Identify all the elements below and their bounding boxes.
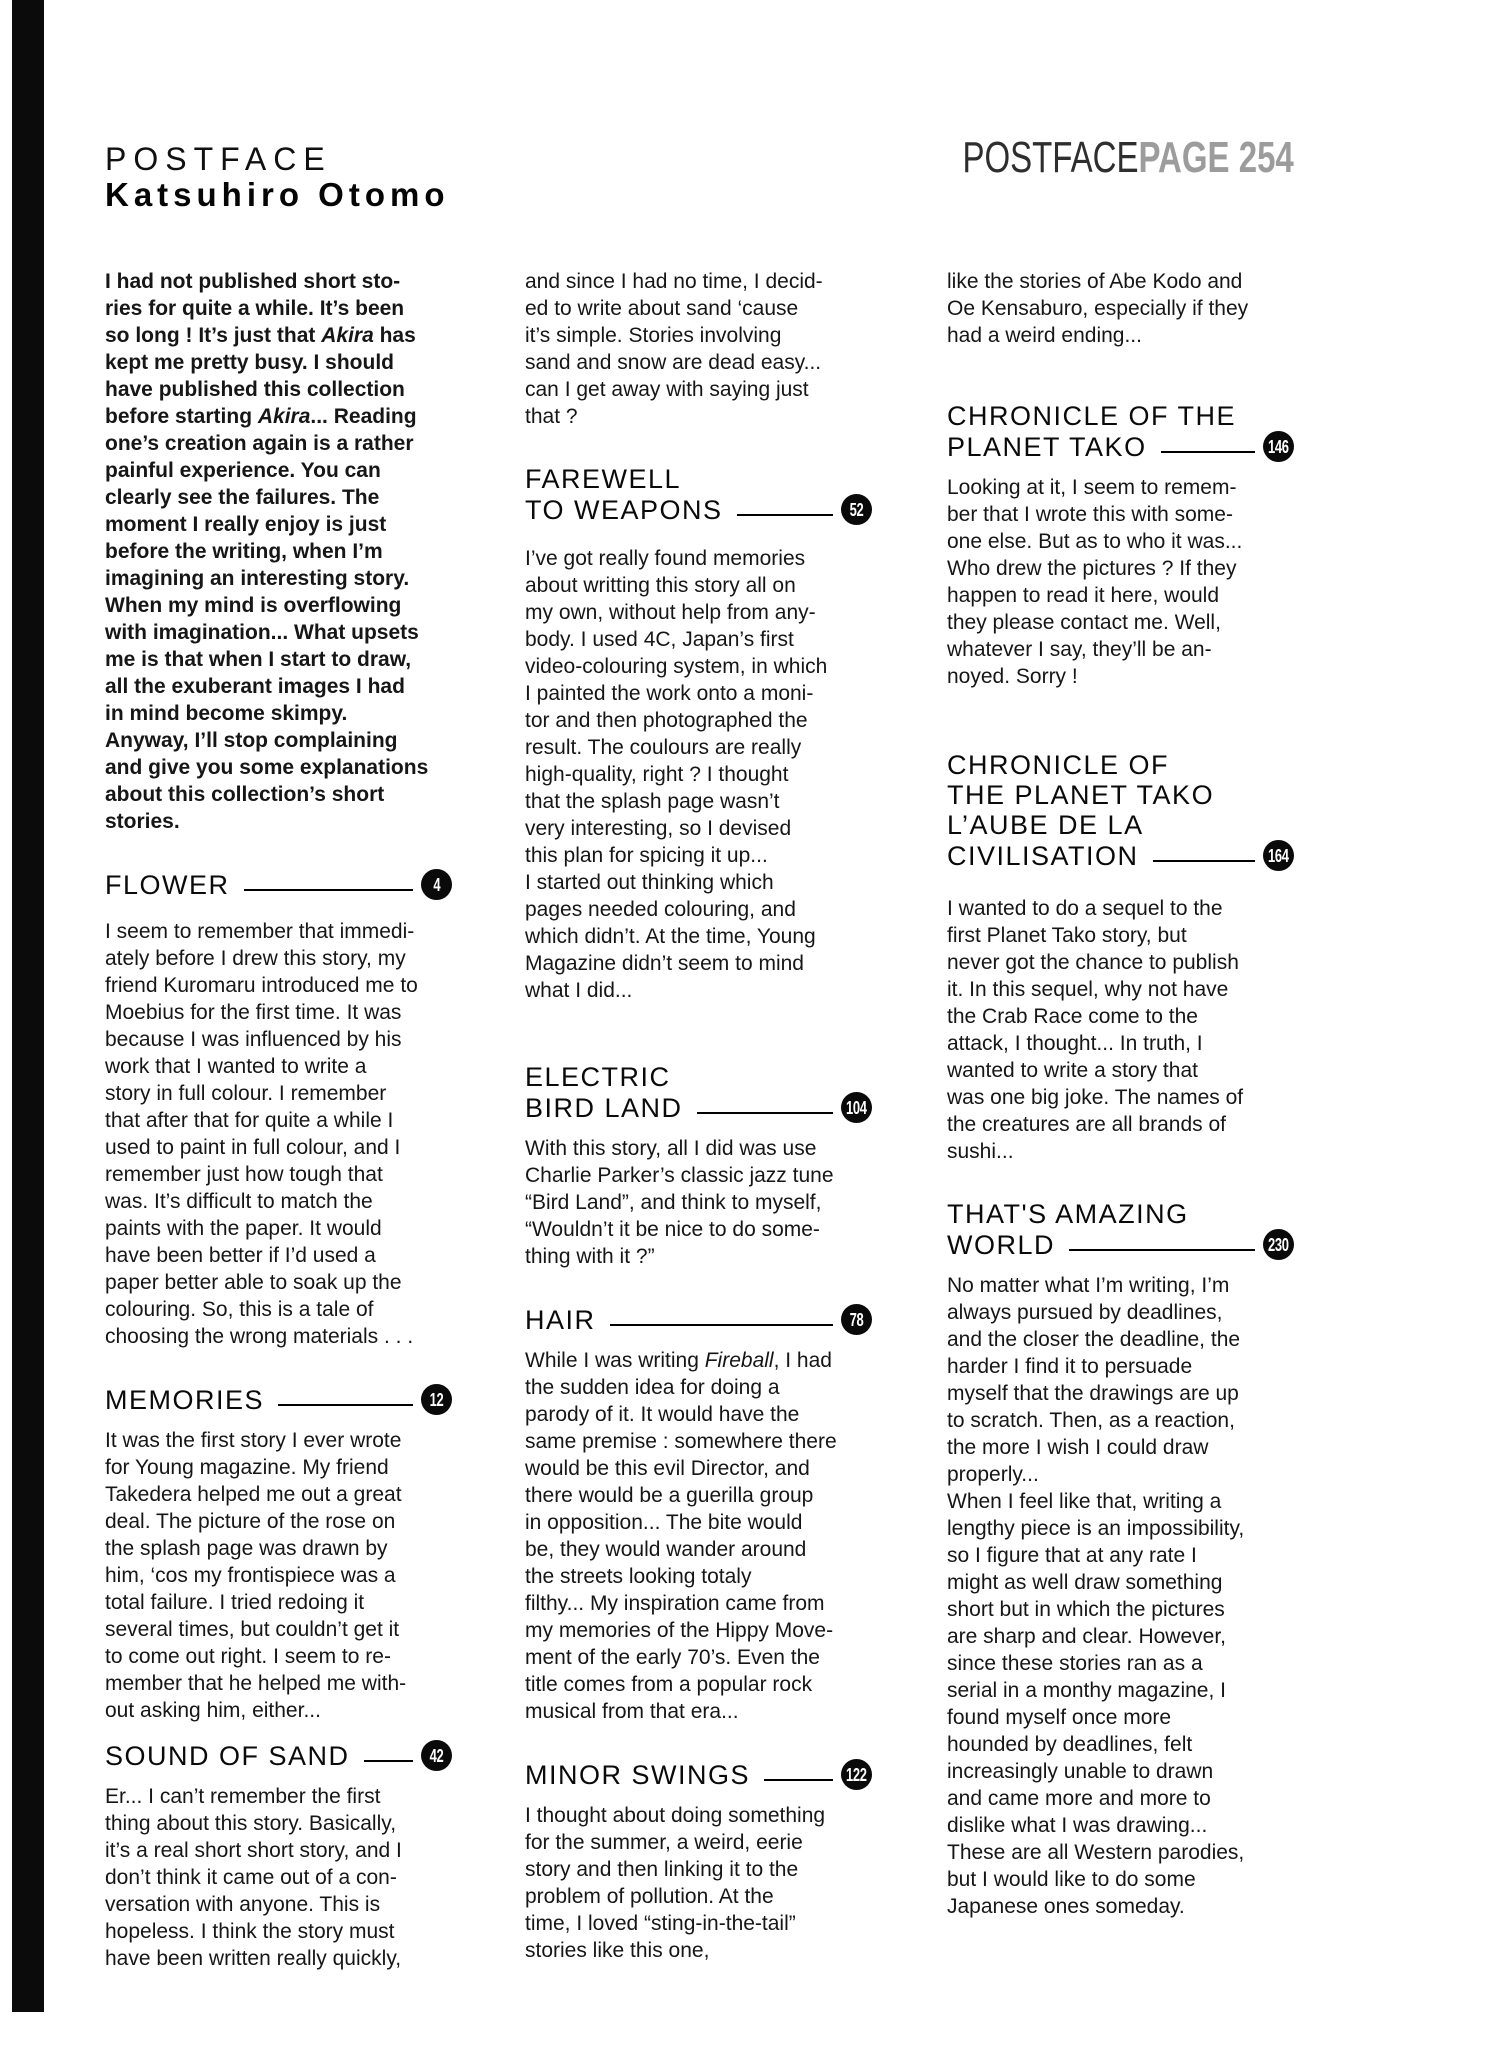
text-line: have published this collection <box>105 376 452 403</box>
text-segment: musical from that era... <box>525 1700 739 1723</box>
text-segment: moment I really enjoy is just <box>105 513 386 536</box>
text-segment: properly... <box>947 1463 1039 1486</box>
text-line: my own, without help from any- <box>525 599 872 626</box>
heading-text: MEMORIES <box>105 1385 264 1415</box>
leader-line <box>610 1324 833 1326</box>
italic-text: Fireball <box>705 1349 774 1372</box>
text-line: thing with it ?” <box>525 1243 872 1270</box>
text-segment: I thought about doing something <box>525 1804 825 1827</box>
italic-text: Akira <box>321 324 374 347</box>
text-line: one’s creation again is a rather <box>105 430 452 457</box>
text-segment: very interesting, so I devised <box>525 817 791 840</box>
text-line: ately before I drew this story, my <box>105 945 452 972</box>
text-line: in mind become skimpy. <box>105 700 452 727</box>
text-segment: has <box>374 324 416 347</box>
text-line: “Wouldn’t it be nice to do some- <box>525 1216 872 1243</box>
text-line: properly... <box>947 1461 1294 1488</box>
text-line: before starting Akira... Reading <box>105 403 452 430</box>
text-line: dislike what I was drawing... <box>947 1812 1294 1839</box>
text-line: to scratch. Then, as a reaction, <box>947 1407 1294 1434</box>
text-segment: While I was writing <box>525 1349 705 1372</box>
text-line: which didn’t. At the time, Young <box>525 923 872 950</box>
heading-text: SOUND OF SAND <box>105 1741 350 1771</box>
text-segment: the sudden idea for doing a <box>525 1376 780 1399</box>
text-segment: have published this collection <box>105 378 405 401</box>
text-line: in opposition... The bite would <box>525 1509 872 1536</box>
page-number-badge: 4 <box>421 869 452 900</box>
heading-line: FLOWER4 <box>105 869 452 900</box>
text-line: me is that when I start to draw, <box>105 646 452 673</box>
text-segment: With this story, all I did was use <box>525 1137 816 1160</box>
page-number-badge: 78 <box>841 1304 872 1335</box>
text-line: what I did... <box>525 977 872 1004</box>
text-line: title comes from a popular rock <box>525 1671 872 1698</box>
text-segment: video-colouring system, in which <box>525 655 827 678</box>
text-segment: short but in which the pictures <box>947 1598 1225 1621</box>
heading-text: MINOR SWINGS <box>525 1760 750 1790</box>
leader-line <box>278 1404 413 1406</box>
heading-line: TO WEAPONS52 <box>525 494 872 525</box>
text-line: so long ! It’s just that Akira has <box>105 322 452 349</box>
paragraph: I seem to remember that immedi-ately bef… <box>105 918 452 1350</box>
text-segment: might as well draw something <box>947 1571 1222 1594</box>
text-segment: that the splash page wasn’t <box>525 790 780 813</box>
heading-line: CHRONICLE OF THE <box>947 401 1294 431</box>
text-segment: Oe Kensaburo, especially if they <box>947 297 1248 320</box>
text-line: the sudden idea for doing a <box>525 1374 872 1401</box>
text-segment: him, ‘cos my frontispiece was a <box>105 1564 396 1587</box>
text-line: body. I used 4C, Japan’s first <box>525 626 872 653</box>
text-line: Magazine didn’t seem to mind <box>525 950 872 977</box>
text-line: there would be a guerilla group <box>525 1482 872 1509</box>
text-line: my memories of the Hippy Move- <box>525 1617 872 1644</box>
text-segment: body. I used 4C, Japan’s first <box>525 628 794 651</box>
text-segment: increasingly unable to drawn <box>947 1760 1213 1783</box>
page-number: 164 <box>1268 841 1289 871</box>
text-segment: always pursued by deadlines, <box>947 1301 1223 1324</box>
page-number: 230 <box>1268 1230 1289 1260</box>
text-line: are sharp and clear. However, <box>947 1623 1294 1650</box>
text-line: found myself once more <box>947 1704 1294 1731</box>
text-segment: deal. The picture of the rose on <box>105 1510 395 1533</box>
running-header-page-number: PAGE 254 <box>1139 133 1294 182</box>
running-header-section: POSTFACE <box>963 133 1139 182</box>
text-line: remember just how tough that <box>105 1161 452 1188</box>
heading-text: FLOWER <box>105 870 230 900</box>
text-segment: there would be a guerilla group <box>525 1484 813 1507</box>
page-number-badge: 122 <box>841 1759 872 1790</box>
text-line: be, they would wander around <box>525 1536 872 1563</box>
text-segment: have been better if I’d used a <box>105 1244 376 1267</box>
paragraph: No matter what I’m writing, I’malways pu… <box>947 1272 1294 1920</box>
author-name: Katsuhiro Otomo <box>105 176 450 214</box>
text-line: sushi... <box>947 1138 1294 1165</box>
text-segment: for the summer, a weird, eerie <box>525 1831 803 1854</box>
left-edge-bar <box>12 0 44 2012</box>
text-line: member that he helped me with- <box>105 1670 452 1697</box>
text-line: it’s a real short short story, and I <box>105 1837 452 1864</box>
text-line: had a weird ending... <box>947 322 1294 349</box>
text-line: Anyway, I’ll stop complaining <box>105 727 452 754</box>
text-segment: Moebius for the first time. It was <box>105 1001 401 1024</box>
heading-line: FAREWELL <box>525 464 872 494</box>
text-line: When I feel like that, writing a <box>947 1488 1294 1515</box>
heading-line: CIVILISATION164 <box>947 840 1294 871</box>
text-segment: that ? <box>525 405 578 428</box>
masthead: POSTFACE Katsuhiro Otomo <box>105 142 450 214</box>
heading-text: WORLD <box>947 1230 1055 1260</box>
text-line: same premise : somewhere there <box>525 1428 872 1455</box>
text-segment: it. In this sequel, why not have <box>947 978 1228 1001</box>
text-line: that the splash page wasn’t <box>525 788 872 815</box>
text-line: the Crab Race come to the <box>947 1003 1294 1030</box>
text-line: have been written really quickly, <box>105 1945 452 1972</box>
paragraph: While I was writing Fireball, I hadthe s… <box>525 1347 872 1725</box>
heading-text: HAIR <box>525 1305 596 1335</box>
text-segment: what I did... <box>525 979 632 1002</box>
text-segment: Anyway, I’ll stop complaining <box>105 729 397 752</box>
text-line: problem of pollution. At the <box>525 1883 872 1910</box>
text-line: one else. But as to who it was... <box>947 528 1294 555</box>
text-segment: this plan for spicing it up... <box>525 844 768 867</box>
text-segment: problem of pollution. At the <box>525 1885 774 1908</box>
text-line: I’ve got really found memories <box>525 545 872 572</box>
leader-line <box>244 889 413 891</box>
text-segment: would be this evil Director, and <box>525 1457 810 1480</box>
text-line: very interesting, so I devised <box>525 815 872 842</box>
text-line: I seem to remember that immedi- <box>105 918 452 945</box>
text-segment: clearly see the failures. The <box>105 486 379 509</box>
text-segment: my memories of the Hippy Move- <box>525 1619 833 1642</box>
section-heading-that-s-amazing-world: THAT'S AMAZINGWORLD230 <box>947 1199 1294 1260</box>
text-segment: because I was influenced by his <box>105 1028 402 1051</box>
text-line: story in full colour. I remember <box>105 1080 452 1107</box>
text-segment: Er... I can’t remember the first <box>105 1785 380 1808</box>
text-segment: have been written really quickly, <box>105 1947 401 1970</box>
section-heading-chronicle-of-the-planet-tako: CHRONICLE OF THEPLANET TAKO146 <box>947 401 1294 462</box>
page-number: 146 <box>1268 432 1289 462</box>
text-segment: parody of it. It would have the <box>525 1403 799 1426</box>
text-segment: work that I wanted to write a <box>105 1055 366 1078</box>
text-line: I started out thinking which <box>525 869 872 896</box>
text-segment: before the writing, when I’m <box>105 540 383 563</box>
text-segment: I started out thinking which <box>525 871 774 894</box>
heading-line: PLANET TAKO146 <box>947 431 1294 462</box>
text-line: kept me pretty busy. I should <box>105 349 452 376</box>
text-segment: and came more and more to <box>947 1787 1211 1810</box>
text-line: I wanted to do a sequel to the <box>947 895 1294 922</box>
heading-line: MINOR SWINGS122 <box>525 1759 872 1790</box>
text-line: Oe Kensaburo, especially if they <box>947 295 1294 322</box>
page-number: 42 <box>430 1741 444 1771</box>
paragraph: and since I had no time, I decid-ed to w… <box>525 268 872 430</box>
text-line: have been better if I’d used a <box>105 1242 452 1269</box>
text-line: don’t think it came out of a con- <box>105 1864 452 1891</box>
text-line: used to paint in full colour, and I <box>105 1134 452 1161</box>
text-line: and give you some explanations <box>105 754 452 781</box>
text-line: would be this evil Director, and <box>525 1455 872 1482</box>
text-line: can I get away with saying just <box>525 376 872 403</box>
text-line: high-quality, right ? I thought <box>525 761 872 788</box>
text-line: sand and snow are dead easy... <box>525 349 872 376</box>
text-segment: Japanese ones someday. <box>947 1895 1185 1918</box>
text-segment: attack, I thought... In truth, I <box>947 1032 1203 1055</box>
text-line: the creatures are all brands of <box>947 1111 1294 1138</box>
text-segment: These are all Western parodies, <box>947 1841 1244 1864</box>
page-number: 122 <box>846 1760 867 1790</box>
paragraph: I thought about doing somethingfor the s… <box>525 1802 872 1964</box>
heading-line: ELECTRIC <box>525 1062 872 1092</box>
text-segment: which didn’t. At the time, Young <box>525 925 816 948</box>
text-segment: to come out right. I seem to re- <box>105 1645 391 1668</box>
text-segment: pages needed colouring, and <box>525 898 796 921</box>
text-line: Who drew the pictures ? If they <box>947 555 1294 582</box>
text-line: short but in which the pictures <box>947 1596 1294 1623</box>
heading-line: BIRD LAND104 <box>525 1092 872 1123</box>
text-column-1: I had not published short sto-ries for q… <box>105 268 452 1972</box>
text-line: filthy... My inspiration came from <box>525 1590 872 1617</box>
text-segment: it’s a real short short story, and I <box>105 1839 402 1862</box>
text-line: whatever I say, they’ll be an- <box>947 636 1294 663</box>
text-segment: wanted to write a story that <box>947 1059 1198 1082</box>
text-line: for Young magazine. My friend <box>105 1454 452 1481</box>
text-segment: in opposition... The bite would <box>525 1511 802 1534</box>
text-line: never got the chance to publish <box>947 949 1294 976</box>
text-segment: harder I find it to persuade <box>947 1355 1192 1378</box>
text-segment: had a weird ending... <box>947 324 1142 347</box>
text-line: I painted the work onto a moni- <box>525 680 872 707</box>
text-line: These are all Western parodies, <box>947 1839 1294 1866</box>
text-segment: When my mind is overflowing <box>105 594 401 617</box>
text-line: paper better able to soak up the <box>105 1269 452 1296</box>
text-line: was one big joke. The names of <box>947 1084 1294 1111</box>
text-segment: stories like this one, <box>525 1939 709 1962</box>
text-line: story and then linking it to the <box>525 1856 872 1883</box>
text-line: paints with the paper. It would <box>105 1215 452 1242</box>
text-segment: several times, but couldn’t get it <box>105 1618 399 1641</box>
text-segment: I painted the work onto a moni- <box>525 682 813 705</box>
text-line: video-colouring system, in which <box>525 653 872 680</box>
text-line: since these stories ran as a <box>947 1650 1294 1677</box>
text-segment: and the closer the deadline, the <box>947 1328 1240 1351</box>
text-segment: used to paint in full colour, and I <box>105 1136 400 1159</box>
text-line: moment I really enjoy is just <box>105 511 452 538</box>
text-segment: be, they would wander around <box>525 1538 806 1561</box>
heading-text: TO WEAPONS <box>525 495 723 525</box>
text-segment: one else. But as to who it was... <box>947 530 1242 553</box>
text-line: painful experience. You can <box>105 457 452 484</box>
paragraph: Er... I can’t remember the firstthing ab… <box>105 1783 452 1972</box>
text-line: colouring. So, this is a tale of <box>105 1296 452 1323</box>
heading-line: SOUND OF SAND42 <box>105 1740 452 1771</box>
page-number-badge: 164 <box>1263 840 1294 871</box>
text-segment: about this collection’s short <box>105 783 384 806</box>
leader-line <box>364 1760 413 1762</box>
text-line: it. In this sequel, why not have <box>947 976 1294 1003</box>
text-segment: “Bird Land”, and think to myself, <box>525 1191 821 1214</box>
section-heading-chronicle-of-the-planet-tako-l-aube-de-la-civilisation: CHRONICLE OFTHE PLANET TAKOL’AUBE DE LAC… <box>947 750 1294 871</box>
text-segment: kept me pretty busy. I should <box>105 351 394 374</box>
text-line: Takedera helped me out a great <box>105 1481 452 1508</box>
text-segment: I seem to remember that immedi- <box>105 920 414 943</box>
text-line: serial in a monthy magazine, I <box>947 1677 1294 1704</box>
text-line: first Planet Tako story, but <box>947 922 1294 949</box>
text-line: Moebius for the first time. It was <box>105 999 452 1026</box>
text-line: Looking at it, I seem to remem- <box>947 474 1294 501</box>
text-segment: about writting this story all on <box>525 574 796 597</box>
text-segment: member that he helped me with- <box>105 1672 406 1695</box>
section-heading-sound-of-sand: SOUND OF SAND42 <box>105 1740 452 1771</box>
text-line: like the stories of Abe Kodo and <box>947 268 1294 295</box>
text-line: this plan for spicing it up... <box>525 842 872 869</box>
text-segment: ed to write about sand ‘cause <box>525 297 798 320</box>
text-line: versation with anyone. This is <box>105 1891 452 1918</box>
text-segment: ment of the early 70’s. Even the <box>525 1646 820 1669</box>
page-number-badge: 52 <box>841 494 872 525</box>
leader-line <box>1153 860 1255 862</box>
text-line: noyed. Sorry ! <box>947 663 1294 690</box>
heading-text: CIVILISATION <box>947 841 1139 871</box>
text-segment: and give you some explanations <box>105 756 428 779</box>
text-segment: so I figure that at any rate I <box>947 1544 1197 1567</box>
paragraph: Looking at it, I seem to remem-ber that … <box>947 474 1294 690</box>
text-segment: result. The coulours are really <box>525 736 801 759</box>
text-segment: sushi... <box>947 1140 1014 1163</box>
paragraph: It was the first story I ever wrotefor Y… <box>105 1427 452 1724</box>
text-segment: choosing the wrong materials . . . <box>105 1325 413 1348</box>
page-number: 4 <box>433 870 440 900</box>
heading-text: BIRD LAND <box>525 1093 683 1123</box>
heading-line: L’AUBE DE LA <box>947 810 1294 840</box>
text-line: ries for quite a while. It’s been <box>105 295 452 322</box>
text-line: that after that for quite a while I <box>105 1107 452 1134</box>
text-segment: all the exuberant images I had <box>105 675 405 698</box>
text-line: ed to write about sand ‘cause <box>525 295 872 322</box>
text-segment: since these stories ran as a <box>947 1652 1203 1675</box>
text-line: time, I loved “sting-in-the-tail” <box>525 1910 872 1937</box>
text-segment: it’s simple. Stories involving <box>525 324 781 347</box>
paragraph: like the stories of Abe Kodo andOe Kensa… <box>947 268 1294 349</box>
text-line: wanted to write a story that <box>947 1057 1294 1084</box>
text-segment: lengthy piece is an impossibility, <box>947 1517 1244 1540</box>
text-line: myself that the drawings are up <box>947 1380 1294 1407</box>
text-line: tor and then photographed the <box>525 707 872 734</box>
text-segment: like the stories of Abe Kodo and <box>947 270 1242 293</box>
text-segment: don’t think it came out of a con- <box>105 1866 397 1889</box>
text-segment: happen to read it here, would <box>947 584 1219 607</box>
text-segment: serial in a monthy magazine, I <box>947 1679 1226 1702</box>
text-segment: sand and snow are dead easy... <box>525 351 821 374</box>
text-line: Er... I can’t remember the first <box>105 1783 452 1810</box>
text-line: out asking him, either... <box>105 1697 452 1724</box>
text-segment: to scratch. Then, as a reaction, <box>947 1409 1235 1432</box>
text-line: work that I wanted to write a <box>105 1053 452 1080</box>
text-column-3: like the stories of Abe Kodo andOe Kensa… <box>947 268 1294 1920</box>
text-segment: that after that for quite a while I <box>105 1109 393 1132</box>
text-segment: but I would like to do some <box>947 1868 1196 1891</box>
text-segment: noyed. Sorry ! <box>947 665 1078 688</box>
text-segment: me is that when I start to draw, <box>105 648 411 671</box>
text-segment: Looking at it, I seem to remem- <box>947 476 1236 499</box>
text-line: they please contact me. Well, <box>947 609 1294 636</box>
text-segment: was one big joke. The names of <box>947 1086 1243 1109</box>
text-segment: Takedera helped me out a great <box>105 1483 402 1506</box>
text-line: ment of the early 70’s. Even the <box>525 1644 872 1671</box>
text-segment: , I had <box>774 1349 832 1372</box>
text-line: total failure. I tried redoing it <box>105 1589 452 1616</box>
text-line: always pursued by deadlines, <box>947 1299 1294 1326</box>
text-line: to come out right. I seem to re- <box>105 1643 452 1670</box>
text-line: before the writing, when I’m <box>105 538 452 565</box>
text-segment: thing with it ?” <box>525 1245 655 1268</box>
heading-text: PLANET TAKO <box>947 432 1147 462</box>
text-segment: my own, without help from any- <box>525 601 816 624</box>
section-heading-memories: MEMORIES12 <box>105 1384 452 1415</box>
text-line: It was the first story I ever wrote <box>105 1427 452 1454</box>
heading-line: HAIR78 <box>525 1304 872 1335</box>
text-line: thing about this story. Basically, <box>105 1810 452 1837</box>
text-segment: time, I loved “sting-in-the-tail” <box>525 1912 796 1935</box>
text-segment: ately before I drew this story, my <box>105 947 406 970</box>
text-line: When my mind is overflowing <box>105 592 452 619</box>
text-line: the splash page was drawn by <box>105 1535 452 1562</box>
text-line: I thought about doing something <box>525 1802 872 1829</box>
text-segment: When I feel like that, writing a <box>947 1490 1221 1513</box>
text-segment: found myself once more <box>947 1706 1171 1729</box>
text-line: because I was influenced by his <box>105 1026 452 1053</box>
page-number: 12 <box>430 1385 444 1415</box>
text-line: With this story, all I did was use <box>525 1135 872 1162</box>
leader-line <box>697 1112 833 1114</box>
text-segment: paints with the paper. It would <box>105 1217 382 1240</box>
text-line: all the exuberant images I had <box>105 673 452 700</box>
section-heading-minor-swings: MINOR SWINGS122 <box>525 1759 872 1790</box>
text-segment: for Young magazine. My friend <box>105 1456 389 1479</box>
text-line: about writting this story all on <box>525 572 872 599</box>
text-line: choosing the wrong materials . . . <box>105 1323 452 1350</box>
text-line: result. The coulours are really <box>525 734 872 761</box>
text-segment: filthy... My inspiration came from <box>525 1592 825 1615</box>
text-segment: the creatures are all brands of <box>947 1113 1226 1136</box>
text-segment: title comes from a popular rock <box>525 1673 812 1696</box>
text-segment: myself that the drawings are up <box>947 1382 1239 1405</box>
text-line: Charlie Parker’s classic jazz tune <box>525 1162 872 1189</box>
text-line: hounded by deadlines, felt <box>947 1731 1294 1758</box>
paragraph: I wanted to do a sequel to thefirst Plan… <box>947 895 1294 1165</box>
text-line: pages needed colouring, and <box>525 896 872 923</box>
text-column-2: and since I had no time, I decid-ed to w… <box>525 268 872 1964</box>
text-segment: was. It’s difficult to match the <box>105 1190 373 1213</box>
text-segment: total failure. I tried redoing it <box>105 1591 364 1614</box>
text-line: happen to read it here, would <box>947 582 1294 609</box>
text-segment: they please contact me. Well, <box>947 611 1221 634</box>
text-segment: thing about this story. Basically, <box>105 1812 396 1835</box>
text-segment: Who drew the pictures ? If they <box>947 557 1236 580</box>
page-title: POSTFACE <box>105 142 450 176</box>
text-line: stories. <box>105 808 452 835</box>
text-segment: I wanted to do a sequel to the <box>947 897 1223 920</box>
page-number: 104 <box>846 1093 867 1123</box>
text-line: musical from that era... <box>525 1698 872 1725</box>
text-segment: Magazine didn’t seem to mind <box>525 952 804 975</box>
text-segment: tor and then photographed the <box>525 709 808 732</box>
text-line: but I would like to do some <box>947 1866 1294 1893</box>
text-segment: first Planet Tako story, but <box>947 924 1187 947</box>
text-segment: ries for quite a while. It’s been <box>105 297 404 320</box>
leader-line <box>764 1779 833 1781</box>
heading-line: THAT'S AMAZING <box>947 1199 1294 1229</box>
text-segment: ... Reading <box>310 405 416 428</box>
